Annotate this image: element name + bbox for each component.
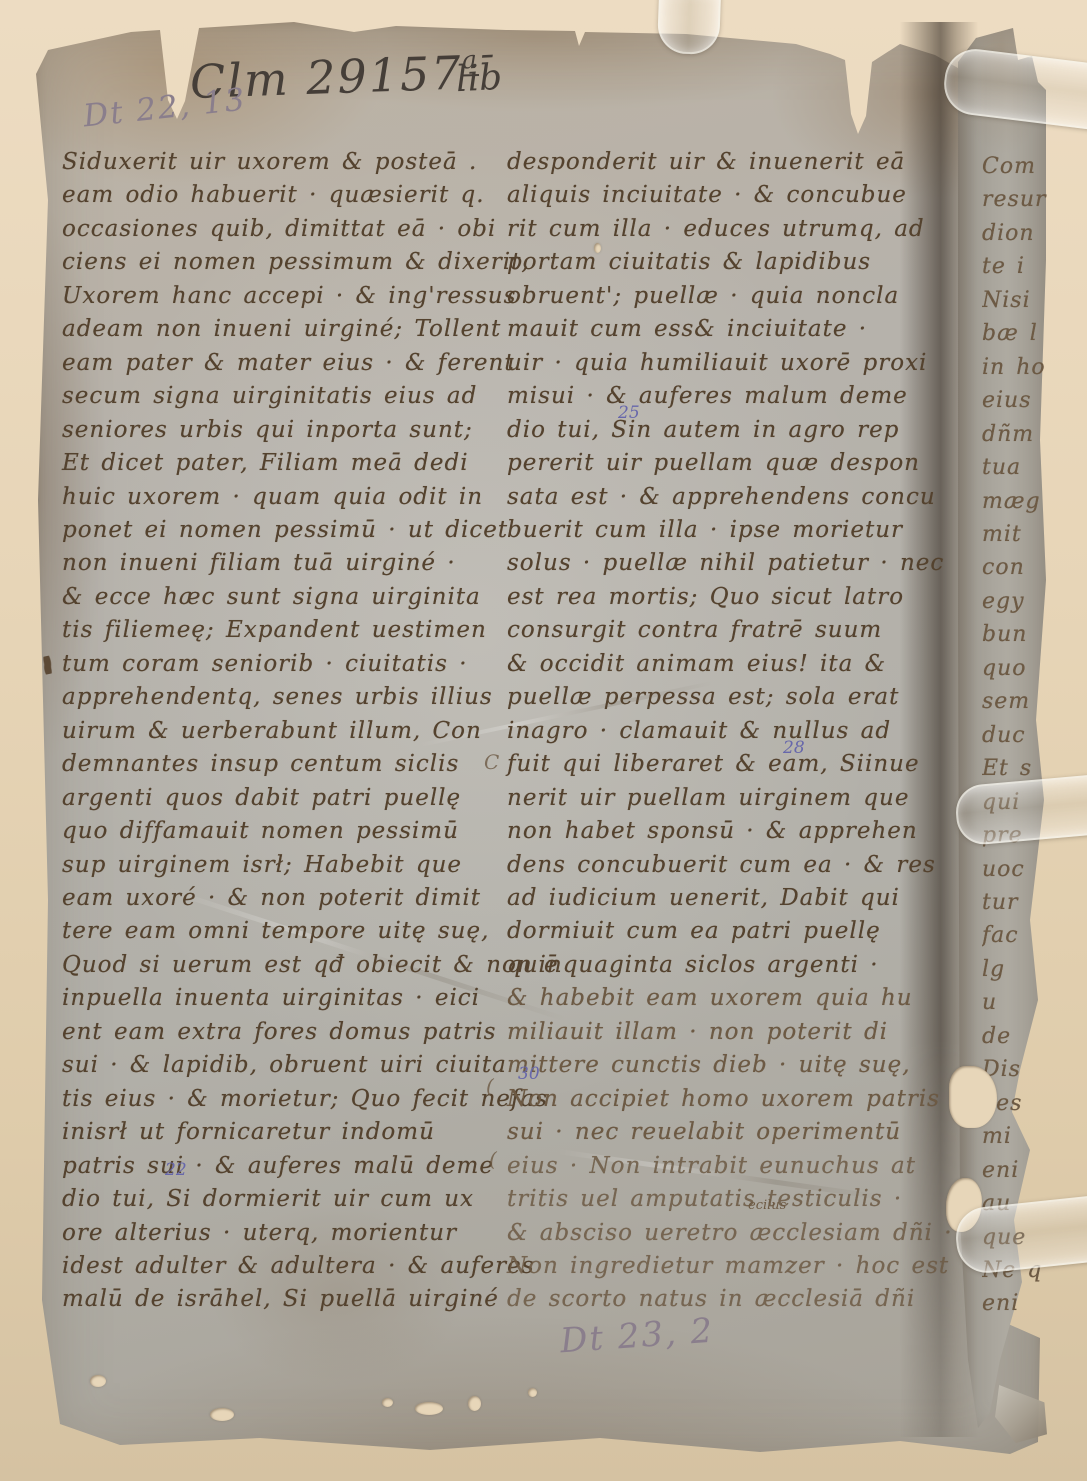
manuscript-line: miliauit illam · non poterit di: [507, 1016, 939, 1049]
manuscript-line: sem: [982, 685, 1048, 718]
manuscript-line: apprehendentq, senes urbis illius: [62, 681, 510, 714]
manuscript-line: resur: [982, 183, 1048, 216]
manuscript-line: tum coram seniorib · ciuitatis ·: [62, 648, 510, 681]
manuscript-line: argenti quos dabit patri puellę: [62, 782, 510, 815]
manuscript-line: eam pater & mater eius · & ferent: [62, 347, 510, 380]
manuscript-line: Et dicet pater, Filiam meā dedi: [62, 447, 510, 480]
manuscript-line: est rea mortis; Quo sicut latro: [507, 581, 939, 614]
manuscript-line: Siduxerit uir uxorem & posteā .: [62, 146, 510, 179]
manuscript-line: occasiones quib, dimittat eā · obi: [62, 213, 510, 246]
manuscript-line: ad iudicium uenerit, Dabit qui: [507, 882, 939, 915]
parchment-hole: [210, 1408, 234, 1421]
manuscript-line: eam uxoré · & non poterit dimit: [62, 882, 510, 915]
manuscript-line: in ho: [982, 351, 1048, 384]
manuscript-line: ciens ei nomen pessimum & dixerit,: [62, 246, 510, 279]
manuscript-line: sup uirginem isrł; Habebit que: [62, 849, 510, 882]
manuscript-line: sata est · & apprehendens concu: [507, 481, 939, 514]
manuscript-line: secum signa uirginitatis eius ad: [62, 380, 510, 413]
manuscript-line: eius: [982, 384, 1048, 417]
manuscript-line: uir · quia humiliauit uxorē proxi: [507, 347, 939, 380]
margin-mark: (: [489, 1147, 497, 1171]
manuscript-line: & ecce hæc sunt signa uirginita: [62, 581, 510, 614]
manuscript-line: puellæ perpessa est; sola erat: [507, 681, 939, 714]
text-column-left: Siduxerit uir uxorem & posteā .eam odio …: [62, 146, 510, 1317]
manuscript-line: u: [982, 986, 1048, 1019]
manuscript-line: demnantes insup centum siclis: [62, 748, 510, 781]
manuscript-line: pererit uir puellam quæ despon: [507, 447, 939, 480]
manuscript-line: inisrł ut fornicaretur indomū: [62, 1116, 510, 1149]
manuscript-photo: Clm 29157a lib̄ Dt 22, 13 Dt 23, 2 22 25…: [0, 0, 1087, 1481]
manuscript-line: Nisi: [982, 284, 1048, 317]
manuscript-line: malū de isrāhel, Si puellā uirginé: [62, 1283, 510, 1316]
manuscript-line: uirum & uerberabunt illum, Con: [62, 715, 510, 748]
manuscript-line: tere eam omni tempore uitę suę,: [62, 915, 510, 948]
manuscript-line: quo diffamauit nomen pessimū: [62, 815, 510, 848]
manuscript-line: eni: [982, 1287, 1048, 1320]
manuscript-line: dio tui, Sin autem in agro rep: [507, 414, 939, 447]
manuscript-line: & occidit animam eius! ita &: [507, 648, 939, 681]
manuscript-line: adeam non inueni uirginé; Tollent: [62, 313, 510, 346]
manuscript-line: bæ l: [982, 317, 1048, 350]
manuscript-line: patris sui · & auferes malū deme: [62, 1150, 510, 1183]
manuscript-line: quo: [982, 652, 1048, 685]
parchment-hole: [468, 1396, 481, 1411]
lib-abbreviation: lib̄: [455, 57, 503, 100]
margin-mark: (: [486, 1074, 494, 1098]
manuscript-line: mi: [982, 1120, 1048, 1153]
verse-number-28: 28: [783, 738, 805, 758]
manuscript-line: idest adulter & adultera · & auferes: [62, 1250, 510, 1283]
manuscript-line: duc: [982, 719, 1048, 752]
manuscript-line: Com: [982, 150, 1048, 183]
manuscript-line: mittere cunctis dieb · uitę suę,: [507, 1049, 939, 1082]
manuscript-line: fuit qui liberaret & eam, Siinue: [507, 748, 939, 781]
manuscript-line: egy: [982, 585, 1048, 618]
manuscript-line: Non accipiet homo uxorem patris: [507, 1083, 939, 1116]
manuscript-line: inagro · clamauit & nullus ad: [507, 715, 939, 748]
manuscript-line: tua: [982, 451, 1048, 484]
manuscript-line: de scorto natus in æcclesiā dñi: [507, 1283, 939, 1316]
manuscript-line: Quod si uerum est qđ obiecit & non ē: [62, 949, 510, 982]
manuscript-line: con: [982, 551, 1048, 584]
manuscript-line: Uxorem hanc accepi · & ing'ressus: [62, 280, 510, 313]
manuscript-line: eni: [982, 1154, 1048, 1187]
manuscript-line: sui · & lapidib, obruent uiri ciuita: [62, 1049, 510, 1082]
manuscript-line: nerit uir puellam uirginem que: [507, 782, 939, 815]
parchment-hole: [949, 1066, 997, 1128]
manuscript-line: bun: [982, 618, 1048, 651]
verse-number-22: 22: [165, 1160, 187, 1180]
parchment-hole: [528, 1388, 537, 1397]
manuscript-line: misui · & auferes malum deme: [507, 380, 939, 413]
manuscript-line: aliquis inciuitate · & concubue: [507, 179, 939, 212]
parchment-hole: [415, 1402, 443, 1415]
manuscript-line: ent eam extra fores domus patris: [62, 1016, 510, 1049]
manuscript-line: rit cum illa · educes utrumq, ad: [507, 213, 939, 246]
manuscript-line: eam odio habuerit · quæsierit q.: [62, 179, 510, 212]
manuscript-line: consurgit contra fratrē suum: [507, 614, 939, 647]
manuscript-line: sui · nec reuelabit operimentū: [507, 1116, 939, 1149]
manuscript-line: obruent'; puellæ · quia noncla: [507, 280, 939, 313]
manuscript-line: ore alterius · uterq, morientur: [62, 1217, 510, 1250]
text-column-edge-fragment: Comresurdionte iNisibæ lin hoeiusdñmtuam…: [982, 150, 1048, 1321]
parchment-hole: [90, 1375, 106, 1387]
manuscript-line: mauit cum ess& inciuitate ·: [507, 313, 939, 346]
manuscript-line: dion: [982, 217, 1048, 250]
manuscript-line: buerit cum illa · ipse morietur: [507, 514, 939, 547]
manuscript-line: mit: [982, 518, 1048, 551]
manuscript-line: eius · Non intrabit eunuchus at: [507, 1150, 939, 1183]
manuscript-line: dens concubuerit cum ea · & res: [507, 849, 939, 882]
manuscript-line: uoc: [982, 853, 1048, 886]
manuscript-line: huic uxorem · quam quia odit in: [62, 481, 510, 514]
manuscript-line: tis eius · & morietur; Quo fecit nefas: [62, 1083, 510, 1116]
parchment-hole: [594, 243, 601, 253]
manuscript-line: dormiuit cum ea patri puellę: [507, 915, 939, 948]
text-column-right: desponderit uir & inuenerit eāaliquis in…: [507, 146, 939, 1317]
manuscript-line: Non ingredietur mamzer · hoc est: [507, 1250, 939, 1283]
manuscript-line: inpuella inuenta uirginitas · eici: [62, 982, 510, 1015]
interlinear-gloss: ecilus: [748, 1198, 786, 1213]
manuscript-line: de: [982, 1020, 1048, 1053]
manuscript-line: lg: [982, 953, 1048, 986]
manuscript-line: portam ciuitatis & lapidibus: [507, 246, 939, 279]
manuscript-line: desponderit uir & inuenerit eā: [507, 146, 939, 179]
manuscript-line: quinquaginta siclos argenti ·: [507, 949, 939, 982]
manuscript-line: tis filiemeę; Expandent uestimen: [62, 614, 510, 647]
manuscript-line: tritis uel amputatis testiculis ·: [507, 1183, 939, 1216]
parchment-hole: [382, 1398, 393, 1407]
manuscript-line: mæg: [982, 485, 1048, 518]
manuscript-line: fac: [982, 919, 1048, 952]
manuscript-line: seniores urbis qui inporta sunt;: [62, 414, 510, 447]
manuscript-line: tur: [982, 886, 1048, 919]
manuscript-line: & habebit eam uxorem quia hu: [507, 982, 939, 1015]
manuscript-line: te i: [982, 250, 1048, 283]
manuscript-line: non habet sponsū · & apprehen: [507, 815, 939, 848]
manuscript-line: solus · puellæ nihil patietur · nec: [507, 547, 939, 580]
manuscript-line: non inueni filiam tuā uirginé ·: [62, 547, 510, 580]
manuscript-line: & absciso ueretro æcclesiam dñi ·: [507, 1217, 939, 1250]
manuscript-line: dñm: [982, 418, 1048, 451]
verse-number-25: 25: [618, 403, 640, 423]
manuscript-line: ponet ei nomen pessimū · ut dicet: [62, 514, 510, 547]
margin-mark: C: [484, 750, 499, 774]
verse-number-30: 30: [518, 1064, 540, 1084]
manuscript-line: dio tui, Si dormierit uir cum ux: [62, 1183, 510, 1216]
